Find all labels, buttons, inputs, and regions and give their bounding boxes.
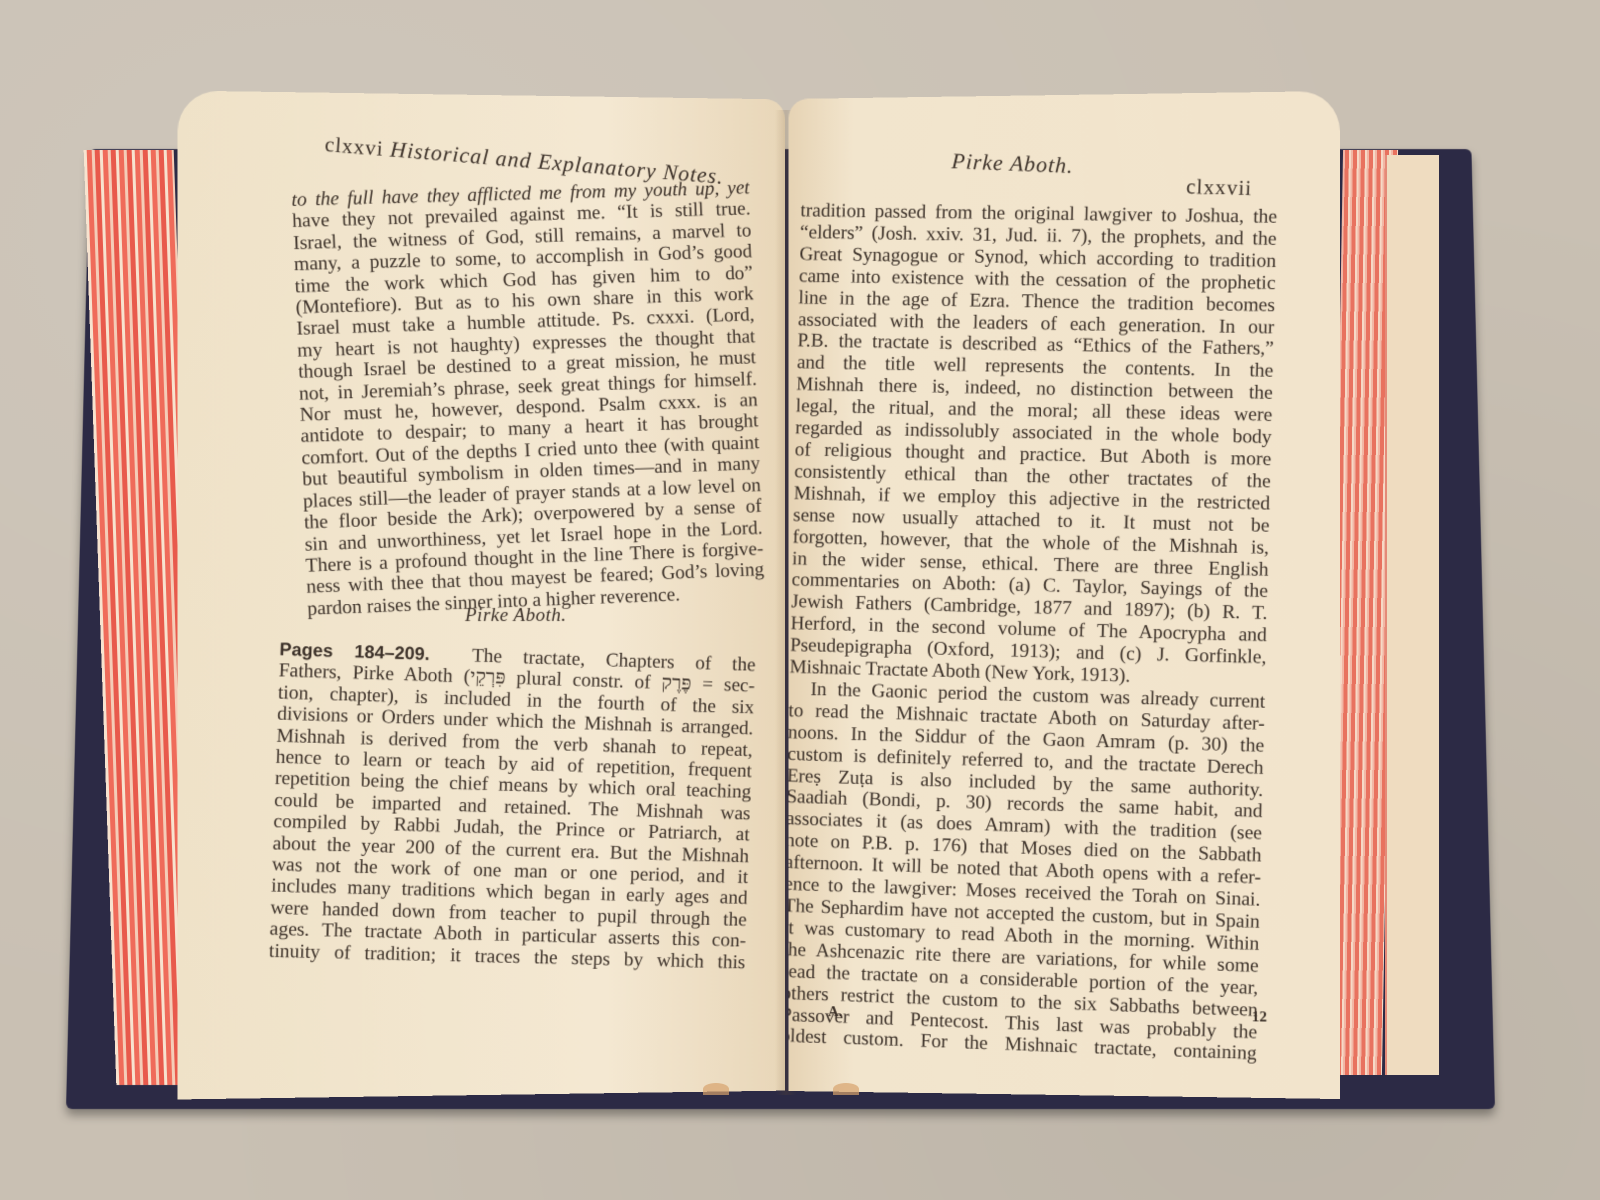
left-text-top: to the full have they afflicted me from … xyxy=(291,178,765,620)
right-text: tradition passed from the original lawgi… xyxy=(789,200,1278,1065)
right-running-head: Pirke Aboth. xyxy=(951,148,1074,179)
left-page: clxxvi Historical and Explanatory Notes.… xyxy=(178,91,785,1100)
paper-stain xyxy=(703,1083,729,1095)
right-page: Pirke Aboth. clxxvii tradition passed fr… xyxy=(789,91,1340,1099)
left-text-bottom: Pages 184–209. The tractate, Chapters of… xyxy=(268,639,755,973)
signature-mark: A. xyxy=(828,1004,842,1021)
right-flyleaf xyxy=(1385,155,1439,1075)
paper-stain xyxy=(833,1083,859,1095)
signature-number: 12 xyxy=(1252,1009,1267,1026)
right-folio: clxxvii xyxy=(1186,174,1253,201)
left-folio: clxxvi xyxy=(324,132,384,161)
left-section-title: Pirke Aboth. xyxy=(465,605,566,627)
